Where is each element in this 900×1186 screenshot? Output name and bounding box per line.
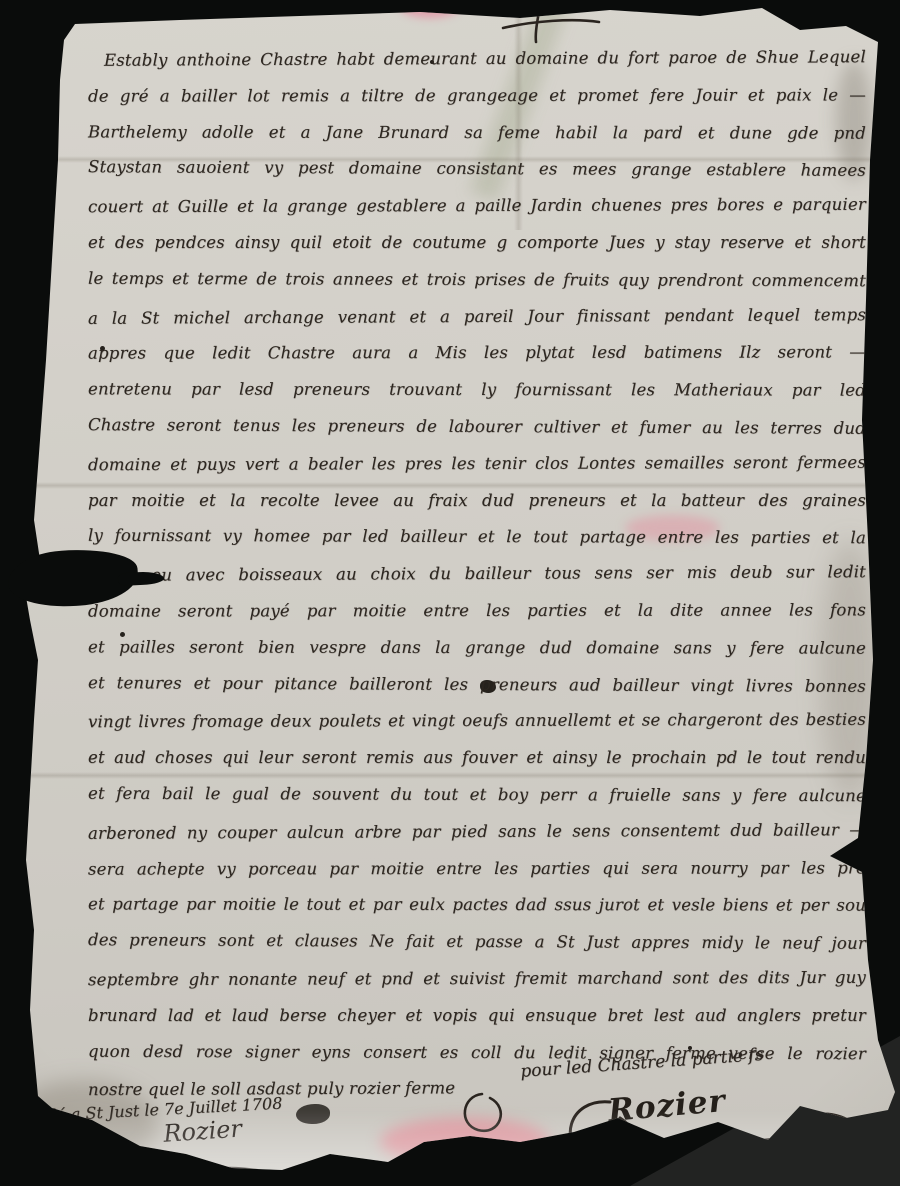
manuscript-line: domaine seront payé par moitie entre les…	[88, 593, 866, 631]
manuscript-line: et des pendces ainsy quil etoit de coutu…	[88, 226, 866, 263]
manuscript-line: par moitie et la recolte levee au fraix …	[88, 484, 866, 521]
manuscript-line: et pailles seront bien vespre dans la gr…	[88, 630, 866, 668]
manuscript-line: sera achepte vy porceau par moitie entre…	[88, 851, 866, 889]
manuscript-line: couert at Guille et la grange gestablere…	[88, 188, 866, 227]
manuscript-line: gerbe ou avec boisseaux au choix du bail…	[88, 555, 866, 595]
pink-stain-top	[400, 0, 460, 18]
manuscript-line: domaine et puys vert a bealer les pres l…	[88, 446, 866, 485]
signature-left-paraph-icon	[120, 1128, 420, 1186]
manuscript-line: et aud choses qui leur seront remis aus …	[88, 741, 866, 778]
manuscript-text-block: Estably anthoine Chastre habt demeurant …	[88, 42, 866, 1109]
manuscript-line: a la St michel archange venant et a pare…	[88, 298, 866, 338]
manuscript-line: appres que ledit Chastre aura a Mis les …	[88, 336, 866, 374]
manuscript-page: Estably anthoine Chastre habt demeurant …	[0, 0, 900, 1186]
manuscript-line: Barthelemy adolle et a Jane Brunard sa f…	[88, 115, 866, 153]
manuscript-line: septembre ghr nonante neuf et pnd et sui…	[88, 961, 866, 1000]
manuscript-line: arberoned ny couper aulcun arbre par pie…	[88, 813, 866, 853]
notary-abbreviation: Nre	[25, 1130, 67, 1157]
manuscript-line: Estably anthoine Chastre habt demeurant …	[88, 40, 866, 80]
manuscript-line: de gré a bailler lot remis a tiltre de g…	[88, 78, 866, 116]
manuscript-line: le temps et terme de trois annees et tro…	[88, 262, 866, 301]
photo-background: Estably anthoine Chastre habt demeurant …	[0, 0, 900, 1186]
seal-flourish-icon	[452, 1090, 512, 1136]
cross-mark-icon	[495, 4, 605, 46]
manuscript-line: Staystan sauoient vy pest domaine consis…	[88, 151, 866, 191]
manuscript-line: des preneurs sont et clauses Ne fait et …	[88, 923, 866, 963]
manuscript-line: brunard lad et laud berse cheyer et vopi…	[88, 999, 866, 1036]
manuscript-line: ly fournissant vy homee par led bailleur…	[88, 519, 866, 558]
manuscript-line: entretenu par lesd preneurs trouvant ly …	[88, 373, 866, 411]
manuscript-line: vingt livres fromage deux poulets et vin…	[88, 703, 866, 742]
manuscript-line: Chastre seront tenus les preneurs de lab…	[88, 408, 866, 448]
manuscript-line: et tenures et pour pitance bailleront le…	[88, 666, 866, 706]
manuscript-line: et partage par moitie le tout et par eul…	[88, 888, 866, 926]
manuscript-line: et fera bail le gual de souvent du tout …	[88, 777, 866, 816]
